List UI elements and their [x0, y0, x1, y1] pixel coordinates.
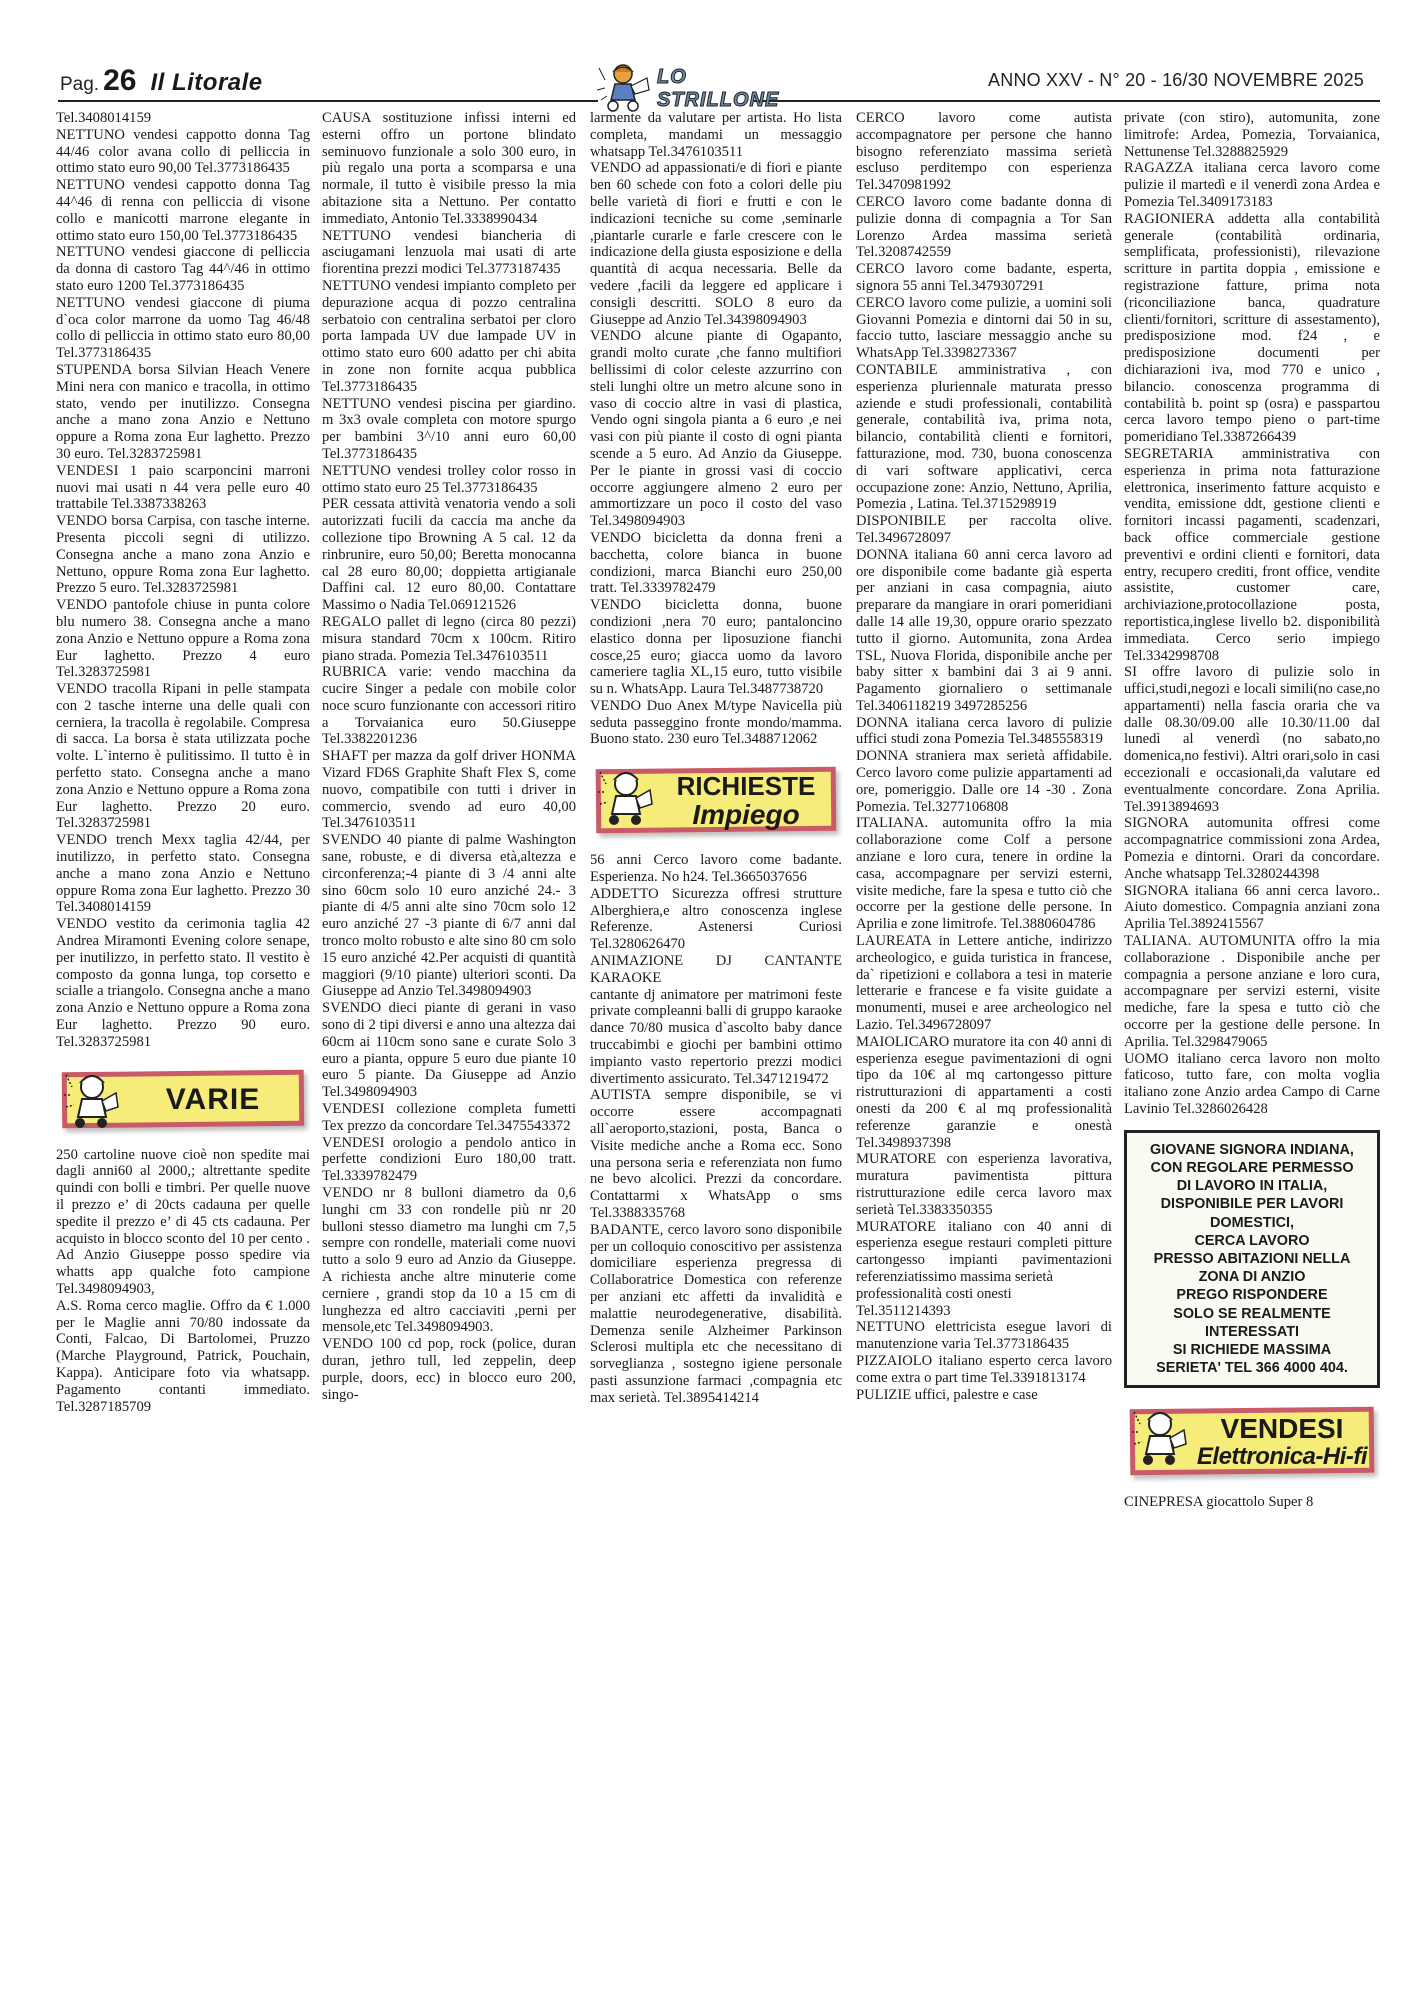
classified-ad: VENDESI 1 paio scarponcini marroni nuovi… — [56, 463, 310, 513]
classified-ad: Tel.3511214393 — [856, 1303, 1112, 1320]
classified-ad: larmente da valutare per artista. Ho lis… — [590, 110, 842, 160]
classified-ad: CONTABILE amministrativa , con esperienz… — [856, 362, 1112, 513]
classified-ad: DISPONIBILE per raccolta olive. Tel.3496… — [856, 513, 1112, 547]
boxed-ad-line: INTERESSATI — [1131, 1323, 1373, 1341]
classified-ad: MURATORE italiano con 40 anni di esperie… — [856, 1219, 1112, 1286]
classified-ad: RAGIONIERA addetta alla contabilità gene… — [1124, 211, 1380, 446]
boxed-ad-line: SI RICHIEDE MASSIMA — [1131, 1341, 1373, 1359]
classified-ad: SVENDO dieci piante di gerani in vaso so… — [322, 1000, 576, 1101]
classified-ad: SIGNORA automunita offresi come accompag… — [1124, 815, 1380, 882]
boxed-ad-line: SERIETA' TEL 366 4000 404. — [1131, 1359, 1373, 1377]
classified-ad: VENDO tracolla Ripani in pelle stampata … — [56, 681, 310, 832]
boxed-ad-line: PREGO RISPONDERE — [1131, 1286, 1373, 1304]
boxed-ad-line: CON REGOLARE PERMESSO — [1131, 1159, 1373, 1177]
classified-ad: NETTUNO vendesi giaccone di piuma d`oca … — [56, 295, 310, 362]
issue-info: ANNO XXV - N° 20 - 16/30 NOVEMBRE 2025 — [988, 70, 1364, 91]
page-number: 26 — [103, 64, 136, 98]
classified-ad: STUPENDA borsa Silvian Heach Venere Mini… — [56, 362, 310, 463]
publication-title: Il Litorale — [150, 69, 262, 97]
column-5: private (con stiro), automunita, zone li… — [1124, 110, 1380, 1511]
column-2: CAUSA sostituzione infissi interni ed es… — [322, 110, 576, 1403]
classified-ad: SHAFT per mazza da golf driver HONMA Viz… — [322, 748, 576, 832]
classified-ad: NETTUNO vendesi impianto completo per de… — [322, 278, 576, 396]
boxed-ad-line: ZONA DI ANZIO — [1131, 1268, 1373, 1286]
column-4: CERCO lavoro come autista accompagnatore… — [856, 110, 1112, 1403]
classified-ad: BADANTE, cerco lavoro sono disponibile p… — [590, 1222, 842, 1407]
header-rule-right — [754, 100, 1380, 102]
banner-title: VARIE — [166, 1085, 260, 1115]
classified-ad: AUTISTA sempre disponibile, se vi occorr… — [590, 1087, 842, 1221]
column-1: Tel.3408014159 NETTUNO vendesi cappotto … — [56, 110, 310, 1415]
section-banner-richieste-impiego: RICHIESTE Impiego — [590, 762, 842, 840]
classified-ad: PIZZAIOLO italiano esperto cerca lavoro … — [856, 1353, 1112, 1387]
classified-ad: NETTUNO elettricista esegue lavori di ma… — [856, 1319, 1112, 1353]
classified-ad: NETTUNO vendesi cappotto donna Tag 44^46… — [56, 177, 310, 244]
page-prefix: Pag. — [60, 74, 99, 96]
classified-ad: SI offre lavoro di pulizie solo in uffic… — [1124, 664, 1380, 815]
lo-strillone-logo: LO STRILLONE — [595, 60, 805, 110]
boxed-ad-line: SOLO SE REALMENTE — [1131, 1305, 1373, 1323]
section-banner-vendesi-elettronica: VENDESI Elettronica-Hi-fi — [1124, 1402, 1380, 1482]
classified-ad: TALIANA. AUTOMUNITA offro la mia collabo… — [1124, 933, 1380, 1051]
classified-ad: ITALIANA. automunita offro la mia collab… — [856, 815, 1112, 933]
classified-ad: PER cessata attività venatoria vendo a s… — [322, 496, 576, 614]
classified-ad: ADDETTO Sicurezza offresi strutture Albe… — [590, 886, 842, 953]
classified-ad: CINEPRESA giocattolo Super 8 — [1124, 1494, 1380, 1511]
classified-ad: MURATORE con esperienza lavorativa, mura… — [856, 1151, 1112, 1218]
banner-title: VENDESI — [1221, 1415, 1344, 1443]
classified-ad: PULIZIE uffici, palestre e case — [856, 1387, 1112, 1404]
banner-subtitle: Elettronica-Hi-fi — [1197, 1445, 1367, 1469]
classified-ad: REGALO pallet di legno (circa 80 pezzi) … — [322, 614, 576, 664]
classified-ad: Tel.3408014159 — [56, 110, 310, 127]
classified-ad: CERCO lavoro come pulizie, a uomini soli… — [856, 295, 1112, 362]
classified-ad: VENDO ad appassionati/e di fiori e piant… — [590, 160, 842, 328]
classified-ad: VENDO pantofole chiuse in punta colore b… — [56, 597, 310, 681]
boxed-ad-line: DOMESTICI, — [1131, 1214, 1373, 1232]
classified-ad: RAGAZZA italiana cerca lavoro come puliz… — [1124, 160, 1380, 210]
classified-ad: private (con stiro), automunita, zone li… — [1124, 110, 1380, 160]
newsboy-mascot-icon — [592, 762, 656, 828]
logo-text: LO STRILLONE — [657, 66, 805, 112]
classified-ad: RUBRICA varie: vendo macchina da cucire … — [322, 664, 576, 748]
classified-ad: DONNA straniera max serietà affidabile. … — [856, 748, 1112, 815]
newsboy-mascot-icon — [58, 1065, 122, 1131]
classified-ad: cantante dj animatore per matrimoni fest… — [590, 987, 842, 1088]
classified-ad: NETTUNO vendesi piscina per giardino. m … — [322, 396, 576, 463]
classified-ad: VENDO borsa Carpisa, con tasche interne.… — [56, 513, 310, 597]
classified-ad-heading: ANIMAZIONE DJ CANTANTE KARAOKE — [590, 953, 842, 987]
classified-ad: UOMO italiano cerca lavoro non molto fat… — [1124, 1051, 1380, 1118]
classified-ad: NETTUNO vendesi cappotto donna Tag 44/46… — [56, 127, 310, 177]
classified-ad: DONNA italiana cerca lavoro di pulizie u… — [856, 715, 1112, 749]
header-rule-left — [58, 100, 598, 102]
column-3: larmente da valutare per artista. Ho lis… — [590, 110, 842, 1407]
boxed-ad-line: PRESSO ABITAZIONI NELLA — [1131, 1250, 1373, 1268]
classified-ad: CERCO lavoro come badante donna di puliz… — [856, 194, 1112, 261]
classified-ad: DONNA italiana 60 anni cerca lavoro ad o… — [856, 547, 1112, 715]
classified-ad: NETTUNO vendesi trolley color rosso in o… — [322, 463, 576, 497]
newsboy-mascot-icon — [1126, 1402, 1190, 1468]
classified-ad: LAUREATA in Lettere antiche, indirizzo a… — [856, 933, 1112, 1034]
classified-ad: CAUSA sostituzione infissi interni ed es… — [322, 110, 576, 228]
classified-ad: NETTUNO vendesi giaccone di pelliccia da… — [56, 244, 310, 294]
boxed-ad-line: DISPONIBILE PER LAVORI — [1131, 1195, 1373, 1213]
boxed-ad: GIOVANE SIGNORA INDIANA, CON REGOLARE PE… — [1124, 1130, 1380, 1389]
classified-ad: SVENDO 40 piante di palme Washington san… — [322, 832, 576, 1000]
classified-ad: VENDO trench Mexx taglia 42/44, per inut… — [56, 832, 310, 916]
classified-ad: VENDO Duo Anex M/type Navicella più sedu… — [590, 698, 842, 748]
boxed-ad-line: DI LAVORO IN ITALIA, — [1131, 1177, 1373, 1195]
boxed-ad-line: CERCA LAVORO — [1131, 1232, 1373, 1250]
classified-ad: SIGNORA italiana 66 anni cerca lavoro.. … — [1124, 883, 1380, 933]
classified-ad: A.S. Roma cerco maglie. Offro da € 1.000… — [56, 1298, 310, 1416]
classified-ad: professionalità costi onesti — [856, 1286, 1112, 1303]
classified-ad: 250 cartoline nuove cioè non spedite mai… — [56, 1147, 310, 1298]
classified-ad: VENDO alcune piante di Ogapanto, grandi … — [590, 328, 842, 530]
classified-ad: 56 anni Cerco lavoro come badante. Esper… — [590, 852, 842, 886]
page-label: Pag. 26 Il Litorale — [60, 64, 263, 98]
newsboy-mascot-icon — [595, 60, 655, 112]
classified-ad: VENDO bicicletta donna, buone condizioni… — [590, 597, 842, 698]
classified-ad: VENDO 100 cd pop, rock (police, duran du… — [322, 1336, 576, 1403]
banner-subtitle: Impiego — [692, 801, 799, 829]
classified-ad: CERCO lavoro come badante, esperta, sign… — [856, 261, 1112, 295]
section-banner-varie: VARIE — [56, 1065, 310, 1135]
classified-ad: VENDO vestito da cerimonia taglia 42 And… — [56, 916, 310, 1050]
boxed-ad-line: GIOVANE SIGNORA INDIANA, — [1131, 1141, 1373, 1159]
banner-title: RICHIESTE — [677, 773, 816, 799]
classified-ad: VENDESI collezione completa fumetti Tex … — [322, 1101, 576, 1135]
classified-ad: CERCO lavoro come autista accompagnatore… — [856, 110, 1112, 194]
classified-ad: NETTUNO vendesi biancheria di asciugaman… — [322, 228, 576, 278]
classified-ad: VENDO nr 8 bulloni diametro da 0,6 lungh… — [322, 1185, 576, 1336]
classified-ad: SEGRETARIA amministrativa con esperienza… — [1124, 446, 1380, 664]
classified-ad: VENDESI orologio a pendolo antico in per… — [322, 1135, 576, 1185]
classified-ad: MAIOLICARO muratore ita con 40 anni di e… — [856, 1034, 1112, 1152]
classified-ad: VENDO bicicletta da donna freni a bacche… — [590, 530, 842, 597]
